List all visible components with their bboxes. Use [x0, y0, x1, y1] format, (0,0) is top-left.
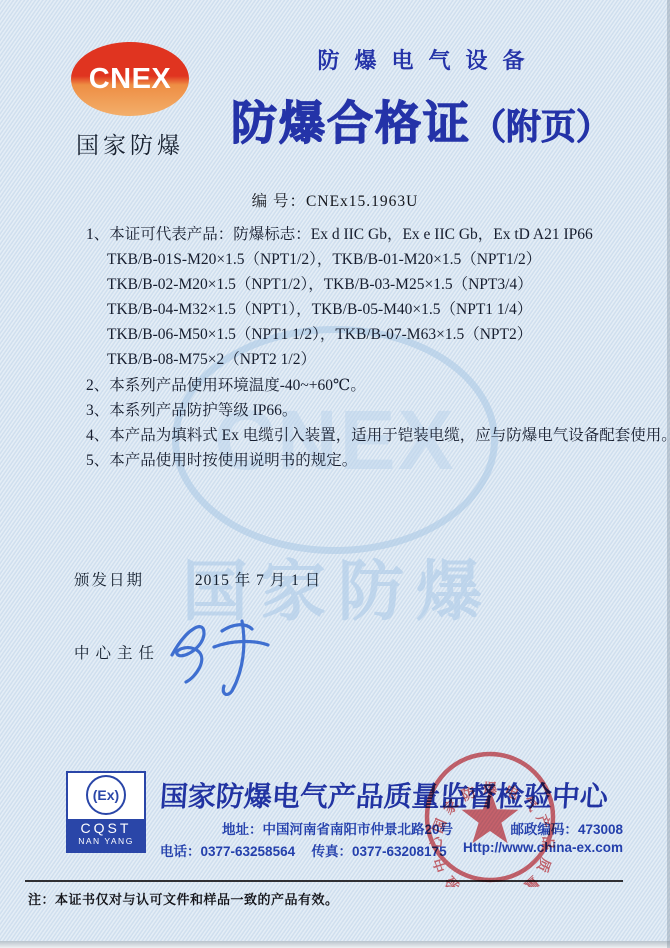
issue-date-value: 2015 年 7 月 1 日 — [195, 572, 321, 589]
document-supertitle: 防爆电气设备 — [205, 44, 637, 75]
body-line: 4、本产品为填料式 Ex 电缆引入装置，适用于铠装电缆，应与防爆电气设备配套使用… — [86, 423, 631, 448]
svg-text:国家防爆电气产品质量监督检验中心: 国家防爆电气产品质量监督检验中心 — [428, 780, 557, 887]
organization-name: 国家防爆电气产品质量监督检验中心 — [159, 775, 634, 815]
cnex-logo: CNEX 国家防爆 — [64, 42, 196, 160]
body-line: 2、本系列产品使用环境温度-40~+60℃。 — [86, 373, 631, 398]
fax-label: 传真： — [311, 844, 352, 859]
phone-group: 电话：0377-63258564 — [160, 840, 295, 860]
cqst-label-block: CQST NAN YANG — [68, 819, 144, 851]
address-group: 地址：中国河南省南阳市仲景北路20号 — [222, 818, 453, 838]
stamp-arc-text: 国家防爆电气产品质量监督检验中心 — [428, 780, 557, 887]
nanyang-text: NAN YANG — [68, 836, 144, 847]
certificate-number-label: 编 号： — [252, 193, 306, 210]
cqst-ex-logo: (Ex) CQST NAN YANG — [66, 771, 146, 853]
ex-circle-symbol: (Ex) — [86, 775, 126, 815]
ex-mark-icon: (Ex) — [68, 773, 144, 817]
issue-date-label: 颁发日期 — [74, 572, 144, 589]
scan-edge-bottom — [0, 941, 670, 948]
footnote-text: 本证书仅对与认可文件和样品一致的产品有效。 — [55, 892, 339, 907]
certificate-body: 1、本证可代表产品：防爆标志：Ex d IIC Gb，Ex e IIC Gb，E… — [86, 222, 631, 473]
certificate-number-line: 编 号：CNEx15.1963U — [0, 189, 670, 211]
cnex-logo-caption: 国家防爆 — [64, 127, 196, 160]
body-line: 5、本产品使用时按使用说明书的规定。 — [86, 448, 631, 473]
body-line: TKB/B-04-M32×1.5（NPT1），TKB/B-05-M40×1.5（… — [86, 297, 631, 322]
document-title: 防爆合格证（附页） — [205, 87, 637, 153]
phone-label: 电话： — [160, 844, 201, 859]
director-signature — [158, 603, 308, 703]
director-label: 中心主任 — [74, 641, 160, 663]
certificate-number-value: CNEx15.1963U — [306, 193, 418, 210]
body-line: TKB/B-02-M20×1.5（NPT1/2），TKB/B-03-M25×1.… — [86, 272, 631, 297]
issue-date-row: 颁发日期 2015 年 7 月 1 日 — [74, 568, 321, 590]
body-line: TKB/B-01S-M20×1.5（NPT1/2），TKB/B-01-M20×1… — [86, 247, 631, 272]
footnote: 注：本证书仅对与认可文件和样品一致的产品有效。 — [28, 889, 339, 908]
body-line: TKB/B-08-M75×2（NPT2 1/2） — [86, 347, 631, 372]
address-label: 地址： — [222, 822, 263, 837]
certificate-page: CNEX 国家防爆 CNEX 国家防爆 防爆电气设备 防爆合格证（附页） 编 号… — [0, 0, 670, 948]
cnex-logo-ellipse-icon: CNEX — [71, 42, 189, 116]
title-block: 防爆电气设备 防爆合格证（附页） — [205, 44, 637, 153]
footnote-label: 注： — [28, 892, 55, 907]
cqst-text: CQST — [68, 819, 144, 836]
cnex-logo-brand: CNEX — [89, 63, 172, 96]
body-line: TKB/B-06-M50×1.5（NPT1 1/2），TKB/B-07-M63×… — [86, 322, 631, 347]
body-line: 1、本证可代表产品：防爆标志：Ex d IIC Gb，Ex e IIC Gb，E… — [86, 222, 631, 247]
document-title-main: 防爆合格证 — [231, 97, 471, 149]
body-line: 3、本系列产品防护等级 IP66。 — [86, 398, 631, 423]
document-title-suffix: （附页） — [471, 108, 611, 147]
phone-value: 0377-63258564 — [201, 844, 296, 859]
official-red-stamp: 国家防爆电气产品质量监督检验中心 — [420, 747, 560, 887]
postcode-value: 473008 — [578, 822, 623, 837]
